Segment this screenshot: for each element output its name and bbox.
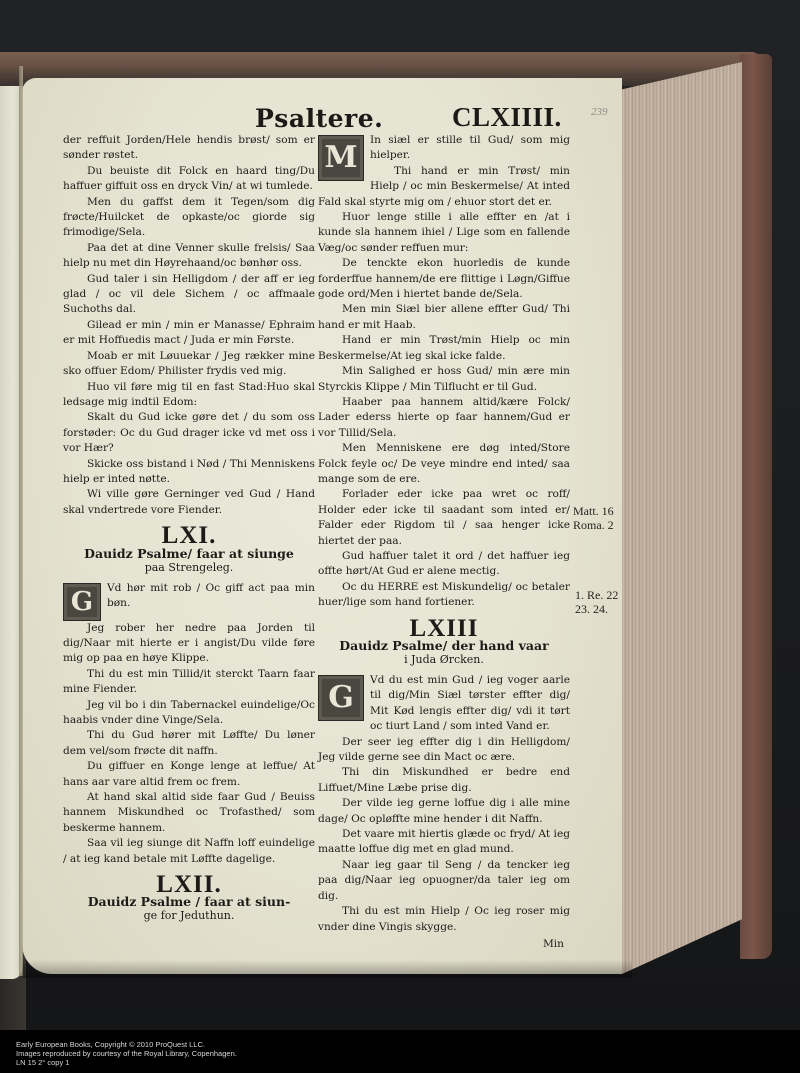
verse: Thi du est min Tillid/it sterckt Taarn f…	[63, 667, 315, 698]
page-gutter	[19, 66, 23, 976]
verse: Du giffuer en Konge lenge at leffue/ At …	[63, 759, 315, 790]
psalm-number-62: LXII.	[63, 877, 315, 892]
left-column: der reffuit Jorden/Hele hendis brøst/ so…	[63, 133, 315, 929]
verse: Jeg vil bo i din Tabernackel euindelige/…	[63, 698, 315, 729]
running-head-title: Psaltere.	[255, 104, 383, 133]
verse: Wi ville gøre Gerninger ved Gud / Hand s…	[63, 487, 315, 518]
verse: Thi din Miskundhed er bedre end Liffuet/…	[318, 765, 570, 796]
psalm-subtitle-62: ge for Jeduthun.	[63, 909, 315, 923]
book-binding-right	[740, 54, 772, 959]
verse: Gud taler i sin Helligdom / der aff er i…	[63, 272, 315, 318]
verse: Der vilde ieg gerne loffue dig i alle mi…	[318, 796, 570, 827]
verse: Men min Siæl bier allene effter Gud/ Thi…	[318, 302, 570, 333]
decorated-initial-icon: M	[318, 135, 364, 181]
psalm-title-62: Dauidz Psalme / faar at siun-	[63, 894, 315, 909]
page-shadow	[22, 960, 632, 978]
verse: Du beuiste dit Folck en haard ting/Du ha…	[63, 164, 315, 195]
footer-shelfmark: LN 15 2° copy 1	[16, 1058, 69, 1068]
verse: Skicke oss bistand i Nød / Thi Mennisken…	[63, 457, 315, 488]
verse: Oc du HERRE est Miskundelig/ oc betaler …	[318, 580, 570, 611]
verse: Paa det at dine Venner skulle frelsis/ S…	[63, 241, 315, 272]
verse: Saa vil ieg siunge dit Naffn loff euinde…	[63, 836, 315, 867]
verse: At hand skal altid side faar Gud / Beuis…	[63, 790, 315, 836]
verse: Hand er min Trøst/min Hielp oc min Beske…	[318, 333, 570, 364]
verse: Thi du est min Hielp / Oc ieg roser mig …	[318, 904, 570, 935]
verse: Jeg rober her nedre paa Jorden til dig/N…	[63, 621, 315, 667]
folio-number-handwritten: 239	[591, 106, 608, 118]
catchword: Min	[318, 937, 570, 952]
page-edges-fore-edge	[622, 62, 742, 974]
verse: Forlader eder icke paa wret oc roff/ Hol…	[318, 487, 570, 549]
verse: Moab er mit Løuuekar / Jeg rækker mine s…	[63, 349, 315, 380]
verse: Huo vil føre mig til en fast Stad:Huo sk…	[63, 380, 315, 411]
psalm-title-63: Dauidz Psalme/ der hand vaar	[318, 638, 570, 653]
verse: De tenckte ekon huorledis de kunde forde…	[318, 256, 570, 302]
decorated-initial-icon: G	[318, 675, 364, 721]
verse: Huor lenge stille i alle effter en /at i…	[318, 210, 570, 256]
verse: Haaber paa hannem altid/kære Folck/ Lade…	[318, 395, 570, 441]
copyright-footer: Early European Books, Copyright © 2010 P…	[0, 1030, 800, 1073]
psalm-number-61: LXI.	[63, 528, 315, 543]
verse: Vd du est min Gud / ieg voger aarle til …	[370, 674, 570, 732]
verse: Men Menniskene ere døg inted/Store Folck…	[318, 441, 570, 487]
verse: Men du gaffst dem it Tegen/som dig frøct…	[63, 195, 315, 241]
right-column: M In siæl er stille til Gud/ som mig hie…	[318, 133, 570, 952]
verse: Det vaare mit hiertis glæde oc fryd/ At …	[318, 827, 570, 858]
verse: Thi du Gud hører mit Løffte/ Du løner de…	[63, 728, 315, 759]
folio-number-roman: CLXIIII.	[452, 102, 562, 133]
verse: Der seer ieg effter dig i din Helligdom/…	[318, 735, 570, 766]
psalm-number-63: LXIII	[318, 621, 570, 636]
verse: Gud haffuer talet it ord / det haffuer i…	[318, 549, 570, 580]
verse: Skalt du Gud icke gøre det / du som oss …	[63, 410, 315, 456]
margin-note-reference: Matt. 16 Roma. 2	[573, 504, 614, 532]
psalm-subtitle-61: paa Strengeleg.	[63, 561, 315, 575]
verse: der reffuit Jorden/Hele hendis brøst/ so…	[63, 133, 315, 164]
verse: Vd hør mit rob / Oc giff act paa min bøn…	[107, 582, 315, 609]
psalm-subtitle-63: i Juda Ørcken.	[318, 653, 570, 667]
verse: Gilead er min / min er Manasse/ Ephraim …	[63, 318, 315, 349]
psalm-title-61: Dauidz Psalme/ faar at siunge	[63, 546, 315, 561]
verse: Naar ieg gaar til Seng / da tencker ieg …	[318, 858, 570, 904]
verse: Min Salighed er hoss Gud/ min ære min St…	[318, 364, 570, 395]
verse: In siæl er stille til Gud/ som mig hielp…	[370, 134, 570, 161]
decorated-initial-icon: G	[63, 583, 101, 621]
margin-note-reference: 1. Re. 22 23. 24.	[575, 588, 618, 616]
